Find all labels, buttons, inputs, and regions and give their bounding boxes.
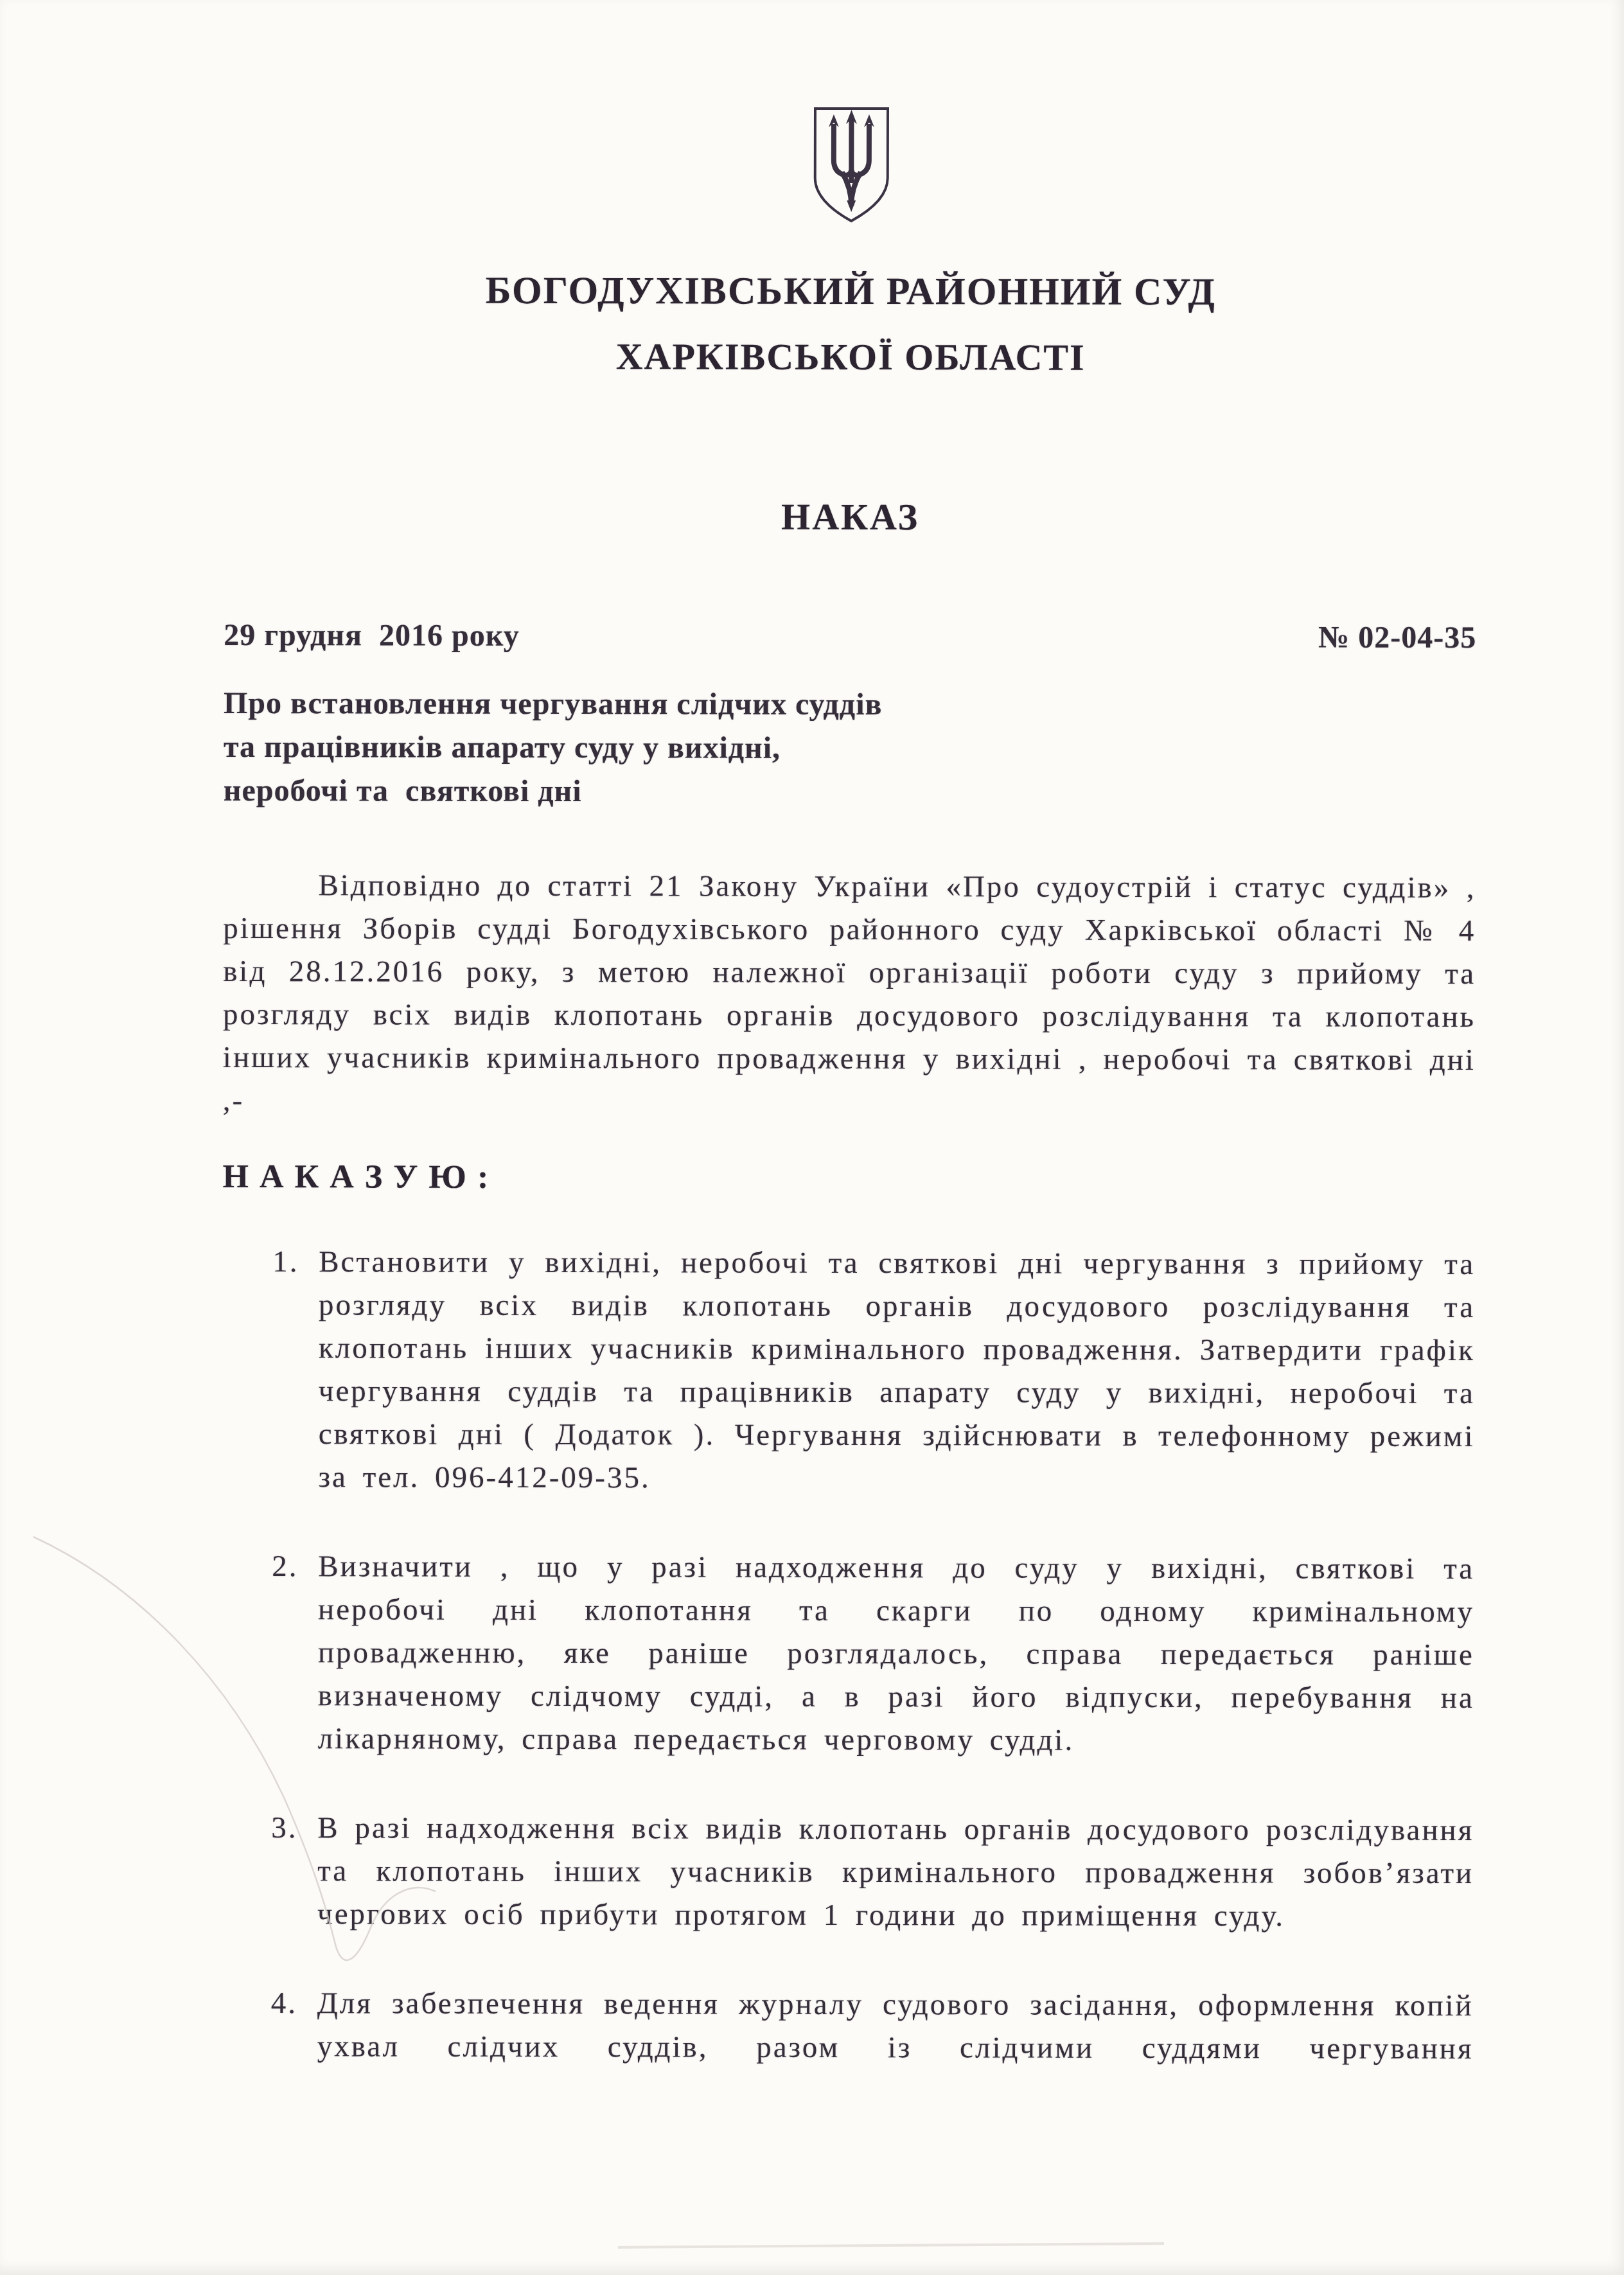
- item-number: 4.: [271, 1982, 317, 2068]
- item-number: 3.: [271, 1807, 317, 1936]
- subject-line-3: неробочі та святкові дні: [224, 769, 1476, 815]
- order-item-4: 4. Для забезпечення ведення журналу судо…: [221, 1982, 1474, 2071]
- order-item-3: 3. В разі надходження всіх видів клопота…: [221, 1807, 1474, 1938]
- meta-row: 29 грудня 2016 року № 02-04-35: [224, 617, 1476, 655]
- trident-shield-icon: [811, 106, 891, 225]
- order-heading: Н А К А З У Ю :: [222, 1158, 1475, 1198]
- court-name-line1: БОГОДУХІВСЬКИЙ РАЙОННИЙ СУД: [224, 269, 1477, 314]
- item-text: Встановити у вихідні, неробочі та святко…: [318, 1241, 1475, 1501]
- order-date: 29 грудня 2016 року: [224, 617, 520, 653]
- item-number: 1.: [272, 1241, 319, 1499]
- subject-line-2: та працівників апарату суду у вихідні,: [224, 725, 1476, 772]
- item-text: Визначити , що у разі надходження до суд…: [318, 1545, 1475, 1763]
- order-number: № 02-04-35: [1318, 619, 1476, 655]
- ukraine-trident-emblem: [811, 106, 891, 225]
- subject-line-1: Про встановлення чергування слідчих судд…: [224, 682, 1476, 728]
- scanned-document-page: БОГОДУХІВСЬКИЙ РАЙОННИЙ СУД ХАРКІВСЬКОЇ …: [0, 0, 1624, 2275]
- court-name-line2: ХАРКІВСЬКОЇ ОБЛАСТІ: [224, 335, 1477, 379]
- order-item-1: 1. Встановити у вихідні, неробочі та свя…: [222, 1241, 1475, 1501]
- preamble-paragraph: Відповідно до статті 21 Закону України «…: [223, 864, 1476, 1125]
- item-text: В разі надходження всіх видів клопотань …: [317, 1807, 1474, 1938]
- order-item-2: 2. Визначити , що у разі надходження до …: [222, 1545, 1475, 1763]
- item-number: 2.: [272, 1545, 319, 1760]
- order-list: 1. Встановити у вихідні, неробочі та свя…: [221, 1241, 1476, 2071]
- document-content: БОГОДУХІВСЬКИЙ РАЙОННИЙ СУД ХАРКІВСЬКОЇ …: [221, 105, 1478, 2071]
- item-text: Для забезпечення ведення журналу судовог…: [317, 1982, 1474, 2071]
- subject-block: Про встановлення чергування слідчих судд…: [224, 682, 1476, 815]
- document-type-heading: НАКАЗ: [224, 494, 1477, 540]
